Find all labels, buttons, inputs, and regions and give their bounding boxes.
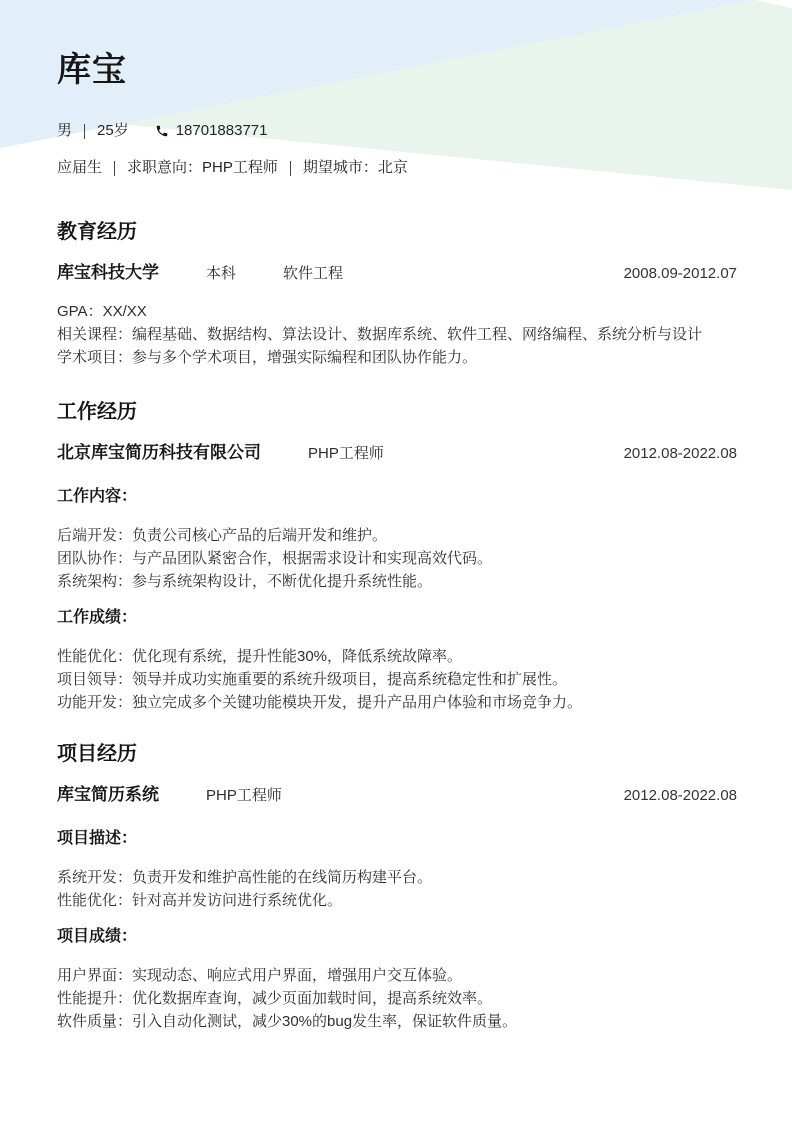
work-duties-heading: 工作内容： bbox=[57, 487, 737, 507]
gender-label: 男 bbox=[57, 122, 72, 140]
project-achievement-item: 性能提升：优化数据库查询，减少页面加载时间，提高系统效率。 bbox=[57, 987, 737, 1010]
education-entry-row: 库宝科技大学 本科 软件工程 2008.09-2012.07 bbox=[57, 262, 737, 285]
age-label: 25岁 bbox=[97, 122, 129, 140]
project-description-item: 系统开发：负责开发和维护高性能的在线简历构建平台。 bbox=[57, 866, 737, 889]
project-name: 库宝简历系统 bbox=[57, 784, 159, 806]
intention-row: 应届生 求职意向：PHP工程师 期望城市：北京 bbox=[57, 159, 737, 177]
work-achievement-item: 性能优化：优化现有系统，提升性能30%，降低系统故障率。 bbox=[57, 645, 737, 668]
basic-info-row: 男 25岁 18701883771 bbox=[57, 122, 737, 140]
work-achievements-list: 性能优化：优化现有系统，提升性能30%，降低系统故障率。 项目领导：领导并成功实… bbox=[57, 645, 737, 714]
school-name: 库宝科技大学 bbox=[57, 262, 159, 284]
education-details: GPA：XX/XX 相关课程：编程基础、数据结构、算法设计、数据库系统、软件工程… bbox=[57, 300, 737, 369]
section-title-education: 教育经历 bbox=[57, 220, 737, 244]
project-achievements-list: 用户界面：实现动态、响应式用户界面，增强用户交互体验。 性能提升：优化数据库查询… bbox=[57, 964, 737, 1033]
work-duty-item: 系统架构：参与系统架构设计，不断优化提升系统性能。 bbox=[57, 570, 737, 593]
project-description-item: 性能优化：针对高并发访问进行系统优化。 bbox=[57, 889, 737, 912]
section-title-work: 工作经历 bbox=[57, 400, 737, 424]
degree-label: 本科 bbox=[206, 263, 236, 285]
phone-number: 18701883771 bbox=[176, 122, 268, 140]
project-description-heading: 项目描述： bbox=[57, 829, 737, 849]
work-date-range: 2012.08-2022.08 bbox=[624, 443, 737, 465]
work-achievement-item: 项目领导：领导并成功实施重要的系统升级项目，提高系统稳定性和扩展性。 bbox=[57, 668, 737, 691]
phone-icon bbox=[155, 124, 169, 138]
project-entry-row: 库宝简历系统 PHP工程师 2012.08-2022.08 bbox=[57, 784, 737, 807]
project-role: PHP工程师 bbox=[206, 785, 282, 807]
job-status: 应届生 bbox=[57, 159, 102, 177]
work-achievement-item: 功能开发：独立完成多个关键功能模块开发，提升产品用户体验和市场竞争力。 bbox=[57, 691, 737, 714]
education-date-range: 2008.09-2012.07 bbox=[624, 263, 737, 285]
work-entry-row: 北京库宝简历科技有限公司 PHP工程师 2012.08-2022.08 bbox=[57, 442, 737, 465]
work-duties-list: 后端开发：负责公司核心产品的后端开发和维护。 团队协作：与产品团队紧密合作，根据… bbox=[57, 524, 737, 593]
work-duty-item: 后端开发：负责公司核心产品的后端开发和维护。 bbox=[57, 524, 737, 547]
gpa-line: GPA：XX/XX bbox=[57, 300, 737, 323]
project-achievement-item: 用户界面：实现动态、响应式用户界面，增强用户交互体验。 bbox=[57, 964, 737, 987]
resume-content: 库宝 男 25岁 18701883771 应届生 求职意向：PHP工程师 期望城… bbox=[0, 0, 792, 1033]
separator-bar bbox=[84, 124, 85, 139]
job-intention: 求职意向：PHP工程师 bbox=[127, 159, 278, 177]
work-achievements-heading: 工作成绩： bbox=[57, 608, 737, 628]
courses-line: 相关课程：编程基础、数据结构、算法设计、数据库系统、软件工程、网络编程、系统分析… bbox=[57, 323, 737, 346]
work-duty-item: 团队协作：与产品团队紧密合作，根据需求设计和实现高效代码。 bbox=[57, 547, 737, 570]
resume-page: 库宝 男 25岁 18701883771 应届生 求职意向：PHP工程师 期望城… bbox=[0, 0, 792, 1121]
phone-block: 18701883771 bbox=[155, 122, 268, 140]
project-achievement-item: 软件质量：引入自动化测试，减少30%的bug发生率，保证软件质量。 bbox=[57, 1010, 737, 1033]
academic-projects-line: 学术项目：参与多个学术项目，增强实际编程和团队协作能力。 bbox=[57, 346, 737, 369]
candidate-name: 库宝 bbox=[57, 0, 737, 90]
work-role: PHP工程师 bbox=[308, 443, 384, 465]
project-achievements-heading: 项目成绩： bbox=[57, 927, 737, 947]
separator-bar bbox=[290, 161, 291, 176]
project-description-list: 系统开发：负责开发和维护高性能的在线简历构建平台。 性能优化：针对高并发访问进行… bbox=[57, 866, 737, 912]
expected-city: 期望城市：北京 bbox=[303, 159, 408, 177]
major-label: 软件工程 bbox=[283, 263, 343, 285]
company-name: 北京库宝简历科技有限公司 bbox=[57, 442, 261, 464]
section-title-project: 项目经历 bbox=[57, 742, 737, 766]
separator-bar bbox=[114, 161, 115, 176]
project-date-range: 2012.08-2022.08 bbox=[624, 785, 737, 807]
